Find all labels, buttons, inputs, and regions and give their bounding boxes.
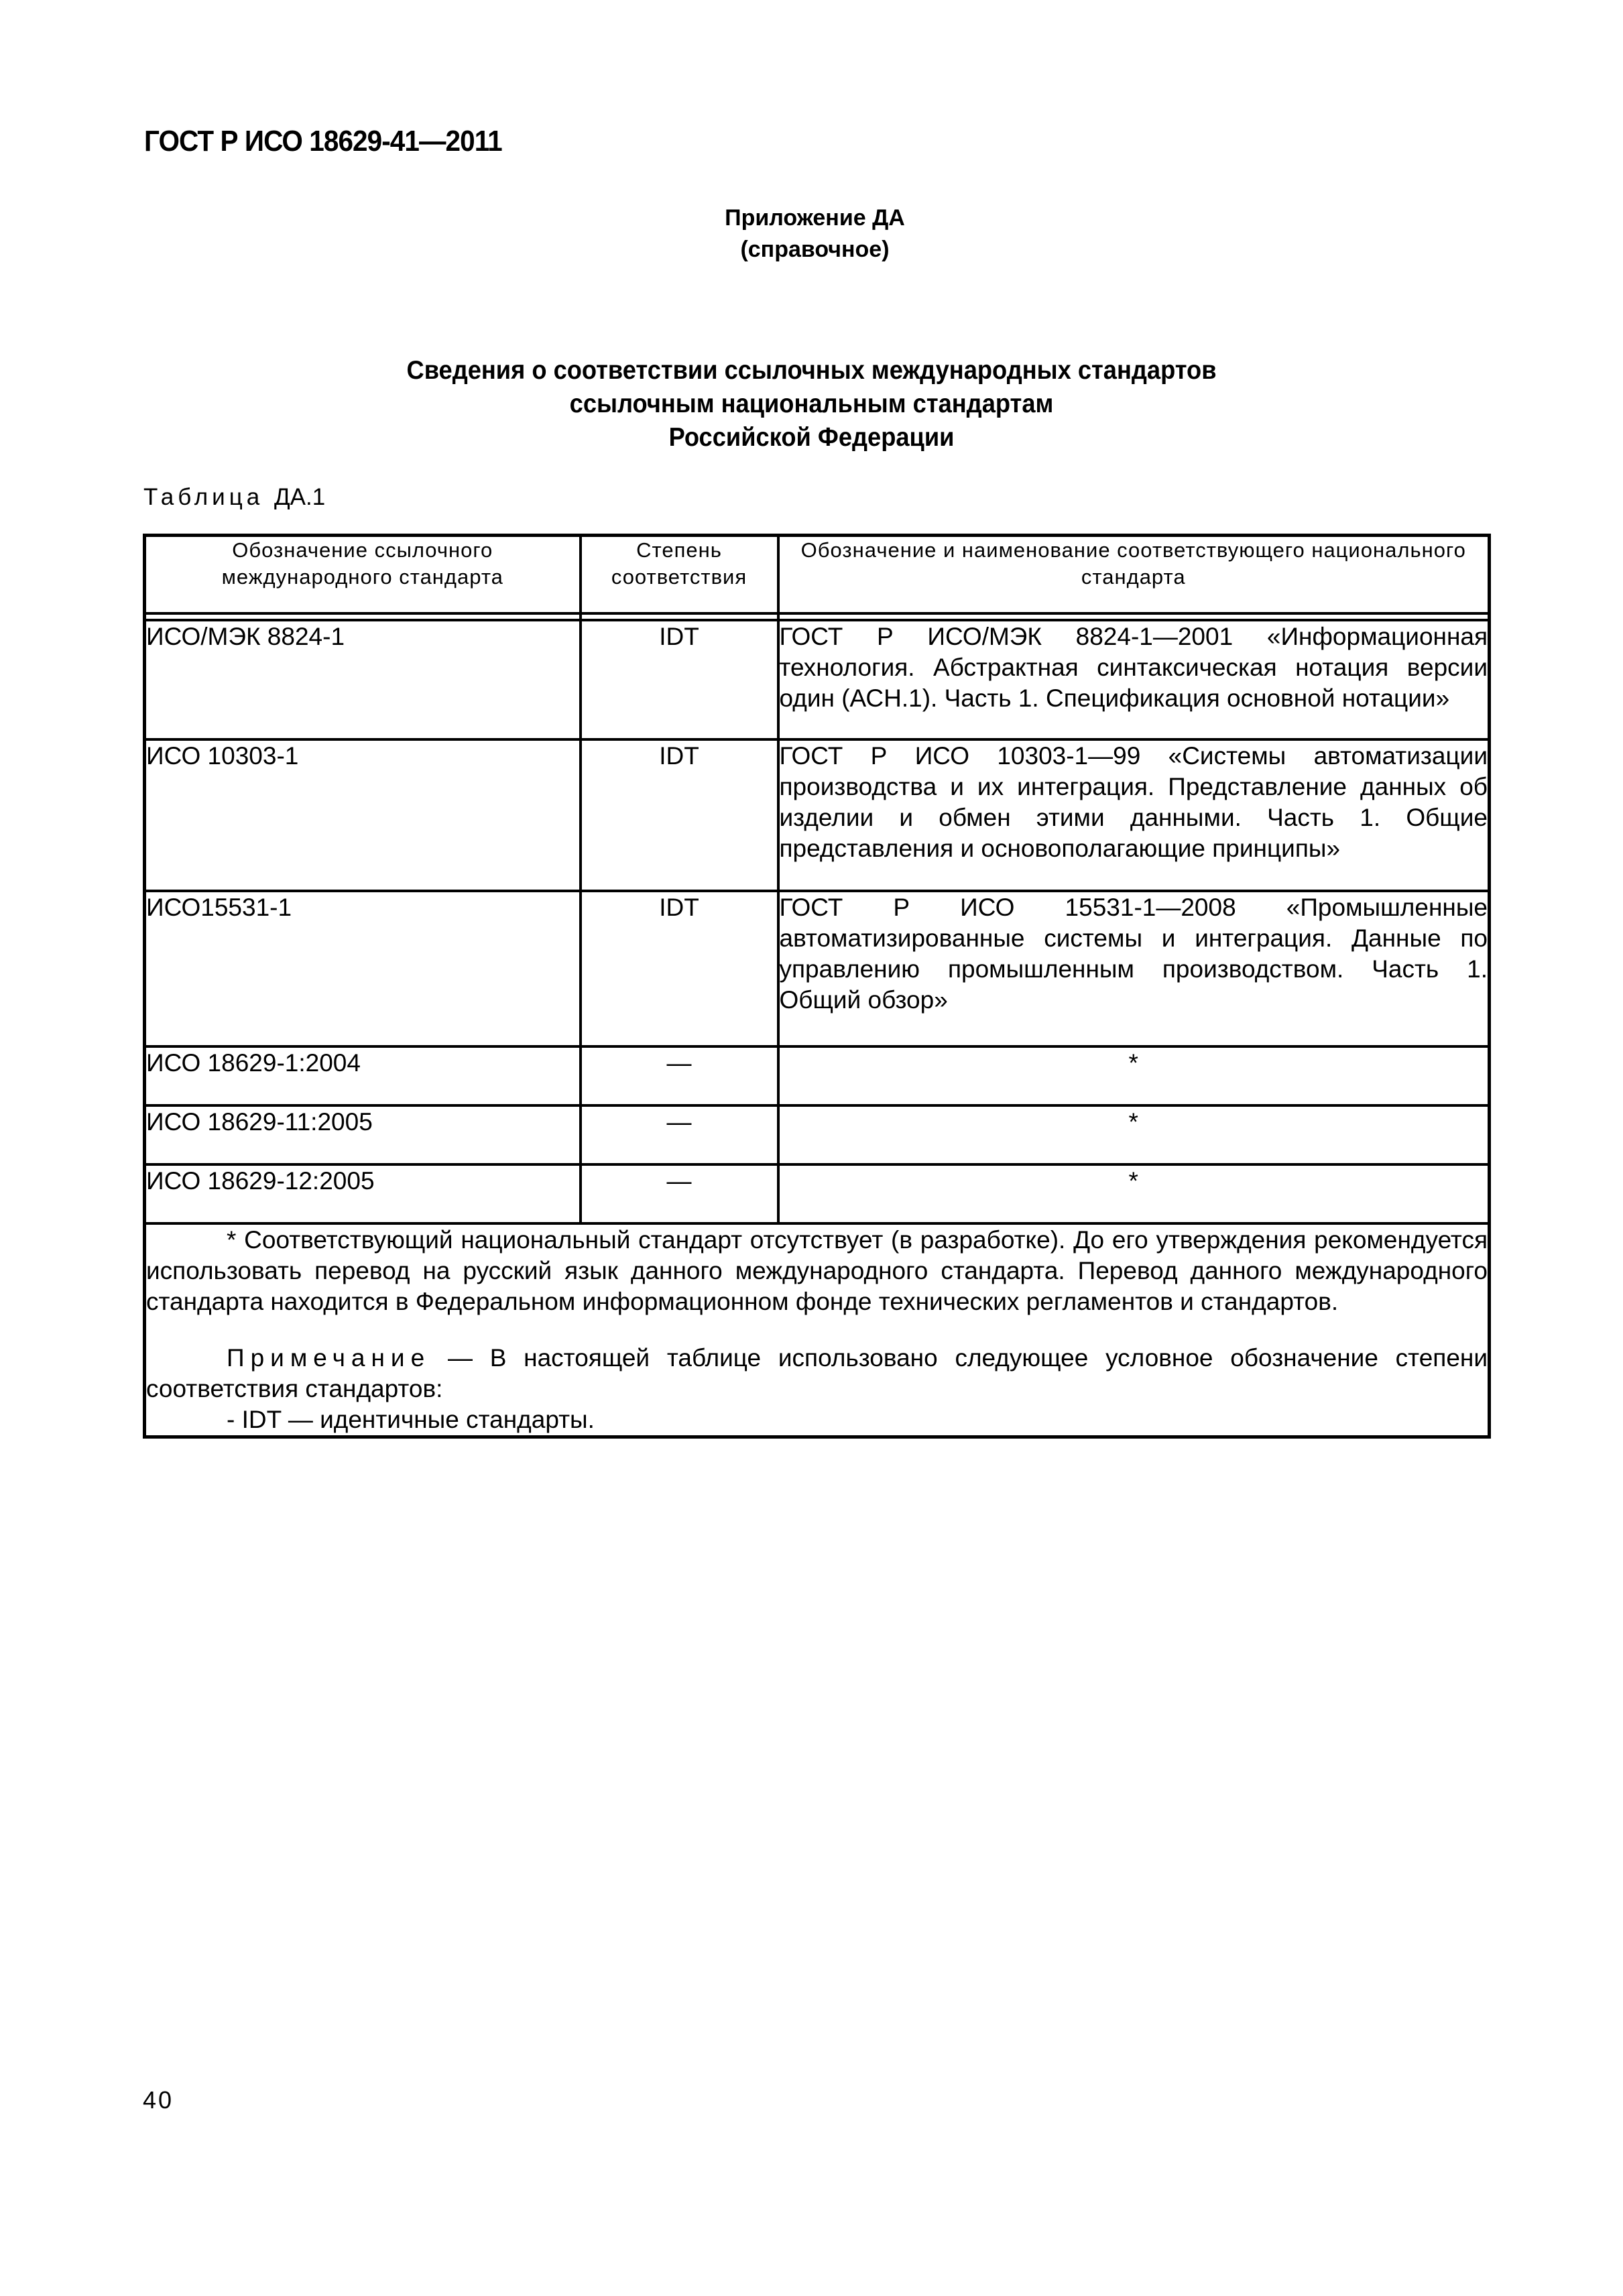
note-item: - IDT — идентичные стандарты.: [146, 1404, 1488, 1435]
table-caption: Таблица ДА.1: [143, 484, 325, 511]
document-designation: ГОСТ Р ИСО 18629-41—2011: [144, 125, 502, 158]
header-national-standard: Обозначение и наименование соответствующ…: [778, 536, 1490, 614]
title-line: Российской Федерации: [57, 421, 1567, 455]
annex-label: Приложение ДА: [7, 202, 1623, 234]
cell-degree: IDT: [581, 620, 778, 739]
cell-international: ИСО 18629-12:2005: [145, 1164, 581, 1223]
cell-national: *: [778, 1164, 1490, 1223]
cell-degree: IDT: [581, 891, 778, 1046]
cell-international: ИСО/МЭК 8824-1: [145, 620, 581, 739]
note-label: Примечание: [227, 1344, 430, 1372]
table-row: ИСО 10303-1 IDT ГОСТ Р ИСО 10303-1—99 «С…: [145, 739, 1490, 891]
title-line: ссылочным национальным стандартам: [57, 387, 1567, 421]
header-degree: Степень соответствия: [581, 536, 778, 614]
header-international-standard: Обозначение ссылочного международного ст…: [145, 536, 581, 614]
cell-degree: —: [581, 1164, 778, 1223]
cell-international: ИСО 18629-11:2005: [145, 1105, 581, 1164]
table-caption-number: ДА.1: [274, 484, 325, 510]
table-header-row: Обозначение ссылочного международного ст…: [145, 536, 1490, 614]
title-line: Сведения о соответствии ссылочных междун…: [57, 354, 1567, 387]
standards-correspondence-table: Обозначение ссылочного международного ст…: [143, 534, 1491, 1439]
cell-national: ГОСТ Р ИСО 10303-1—99 «Системы автоматиз…: [778, 739, 1490, 891]
cell-international: ИСО15531-1: [145, 891, 581, 1046]
cell-national: ГОСТ Р ИСО/МЭК 8824-1—2001 «Информационн…: [778, 620, 1490, 739]
table-row: ИСО 18629-11:2005 — *: [145, 1105, 1490, 1164]
cell-national: *: [778, 1046, 1490, 1105]
cell-national: *: [778, 1105, 1490, 1164]
annex-status: (справочное): [7, 234, 1623, 265]
page-number: 40: [143, 2086, 174, 2114]
table-footnote-cell: * Соответствующий национальный стандарт …: [145, 1223, 1490, 1437]
cell-national: ГОСТ Р ИСО 15531-1—2008 «Промышленные ав…: [778, 891, 1490, 1046]
annex-heading: Приложение ДА (справочное): [0, 202, 1623, 265]
cell-degree: IDT: [581, 739, 778, 891]
table-row: ИСО 18629-12:2005 — *: [145, 1164, 1490, 1223]
cell-international: ИСО 18629-1:2004: [145, 1046, 581, 1105]
table-caption-word: Таблица: [143, 484, 263, 510]
table-row: ИСО/МЭК 8824-1 IDT ГОСТ Р ИСО/МЭК 8824-1…: [145, 620, 1490, 739]
annex-title: Сведения о соответствии ссылочных междун…: [0, 354, 1623, 455]
table-footnote-row: * Соответствующий национальный стандарт …: [145, 1223, 1490, 1437]
table-row: ИСО15531-1 IDT ГОСТ Р ИСО 15531-1—2008 «…: [145, 891, 1490, 1046]
cell-international: ИСО 10303-1: [145, 739, 581, 891]
table-row: ИСО 18629-1:2004 — *: [145, 1046, 1490, 1105]
note-paragraph: Примечание — В настоящей таблице использ…: [146, 1343, 1488, 1404]
cell-degree: —: [581, 1105, 778, 1164]
cell-degree: —: [581, 1046, 778, 1105]
header-separator: [145, 613, 1490, 620]
footnote-text: * Соответствующий национальный стандарт …: [146, 1225, 1488, 1317]
